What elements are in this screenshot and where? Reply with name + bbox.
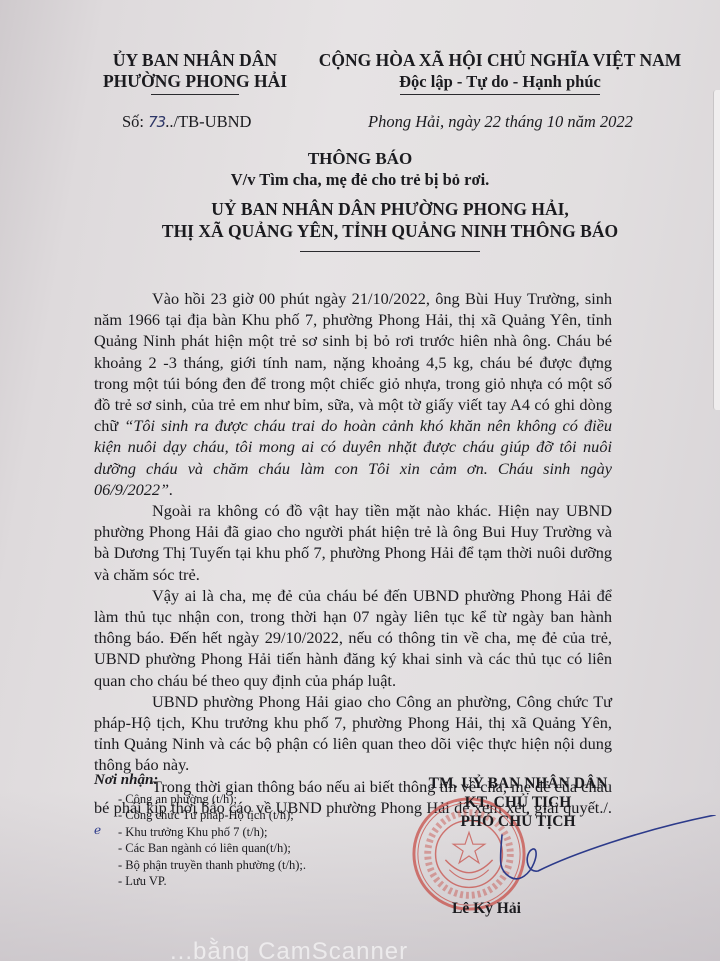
agency-underline [151,94,239,95]
sign-line2: KT. CHỦ TỊCH [398,793,638,812]
handwritten-note-quote: “Tôi sinh ra được cháu trai do hoàn cảnh… [94,416,612,499]
handwritten-number: 73 [148,113,165,131]
document-number: Số: 73../TB-UBND [122,112,251,132]
notice-body: Vào hồi 23 giờ 00 phút ngày 21/10/2022, … [94,288,612,841]
document-title: THÔNG BÁO V/v Tìm cha, mẹ đẻ cho trẻ bị … [200,148,520,190]
national-motto-line2: Độc lập - Tự do - Hạnh phúc [300,71,700,92]
issuer-line1: UỶ BAN NHÂN DÂN PHƯỜNG PHONG HẢI, [140,198,640,220]
place-date: Phong Hải, ngày 22 tháng 10 năm 2022 [368,112,633,132]
issuer-heading: UỶ BAN NHÂN DÂN PHƯỜNG PHONG HẢI, THỊ XÃ… [140,198,640,252]
recipient-item: - Các Ban ngành có liên quan(t/h); [118,840,374,856]
recipient-item: - Công chức Tư pháp-Hộ tịch (t/h); [118,807,374,823]
issuer-line2: THỊ XÃ QUẢNG YÊN, TỈNH QUẢNG NINH THÔNG … [140,220,640,242]
agency-name-line1: ỦY BAN NHÂN DÂN [95,50,295,71]
sign-line1: TM. UỶ BAN NHÂN DÂN [398,774,638,793]
recipient-item: - Khu trưởng Khu phố 7 (t/h); [118,824,374,840]
recipients-label: Nơi nhận: [94,772,374,789]
title-subject: V/v Tìm cha, mẹ đẻ cho trẻ bị bỏ rơi. [200,169,520,190]
issuer-underline [300,251,480,252]
paragraph-4: UBND phường Phong Hải giao cho Công an p… [94,691,612,776]
paragraph-3: Vậy ai là cha, mẹ đẻ của cháu bé đến UBN… [94,585,612,691]
recipients-block: Nơi nhận: - Công an phường (t/h); - Công… [94,772,374,889]
recipient-item: - Bộ phận truyền thanh phường (t/h);. [118,857,374,873]
agency-header: ỦY BAN NHÂN DÂN PHƯỜNG PHONG HẢI [95,50,295,95]
recipient-item: - Công an phường (t/h); [118,791,374,807]
recipients-list: - Công an phường (t/h); - Công chức Tư p… [94,791,374,889]
scanner-watermark: ...bằng CamScanner [170,938,408,961]
paper-edge [713,90,720,410]
handwritten-signature-icon [490,815,720,925]
title-main: THÔNG BÁO [200,148,520,169]
paragraph-2: Ngoài ra không có đồ vật hay tiền mặt nà… [94,500,612,585]
signer-name: Lê Kỳ Hải [452,900,521,918]
national-motto-line1: CỘNG HÒA XÃ HỘI CHỦ NGHĨA VIỆT NAM [300,50,700,71]
national-header: CỘNG HÒA XÃ HỘI CHỦ NGHĨA VIỆT NAM Độc l… [300,50,700,95]
national-underline [400,94,600,95]
agency-name-line2: PHƯỜNG PHONG HẢI [95,71,295,92]
recipient-item: - Lưu VP. [118,873,374,889]
paragraph-1: Vào hồi 23 giờ 00 phút ngày 21/10/2022, … [94,288,612,500]
